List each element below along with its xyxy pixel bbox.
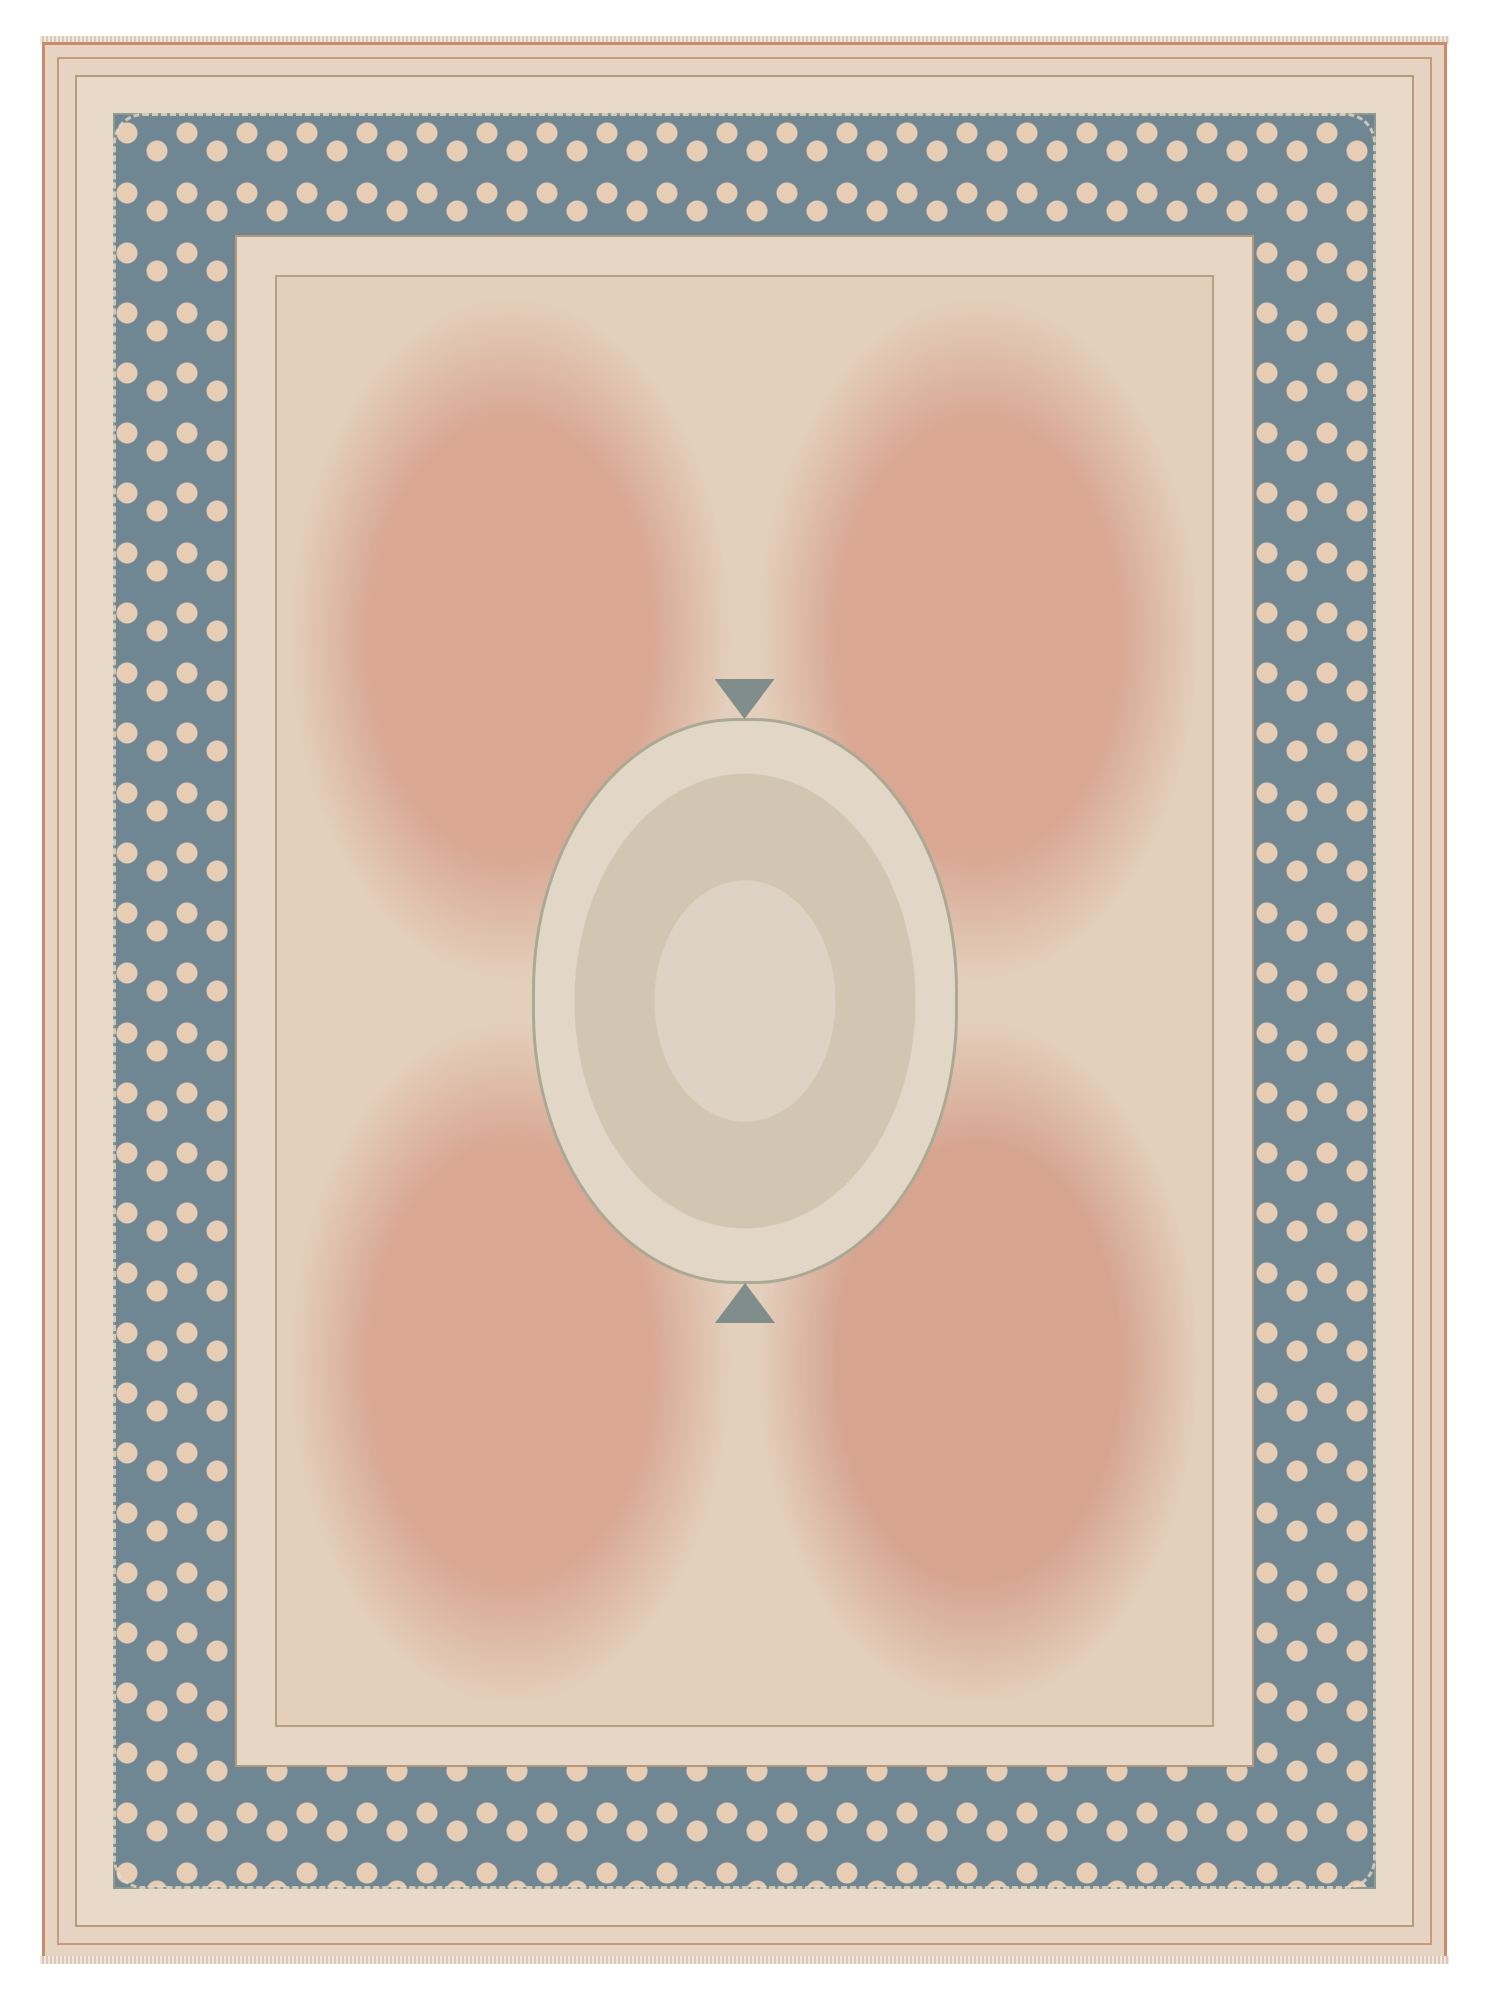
rug-field [275, 275, 1214, 1727]
medallion-pendant-top [715, 679, 775, 719]
central-medallion [532, 718, 958, 1284]
medallion-pendant-bottom [715, 1283, 775, 1323]
rug-fringe-bottom [40, 1956, 1449, 1964]
rug [42, 42, 1447, 1960]
